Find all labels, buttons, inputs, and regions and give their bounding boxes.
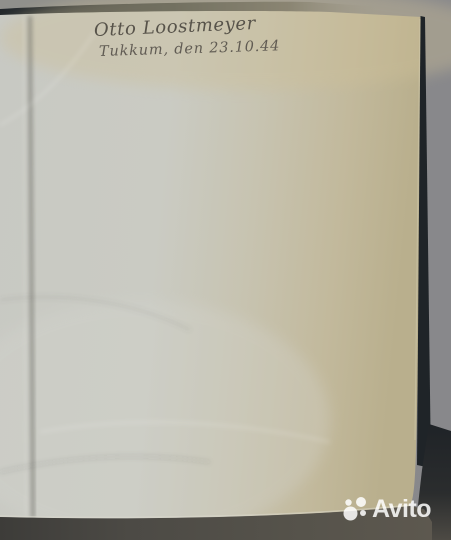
book-photo-illustration — [0, 0, 451, 540]
book-photo: Otto Loostmeyer Tukkum, den 23.10.44 Avi… — [0, 0, 451, 540]
page-gutter-fold — [25, 16, 33, 518]
avito-wordmark: Avito — [372, 497, 431, 522]
avito-watermark: Avito — [341, 496, 431, 521]
avito-circles-icon — [341, 496, 369, 521]
